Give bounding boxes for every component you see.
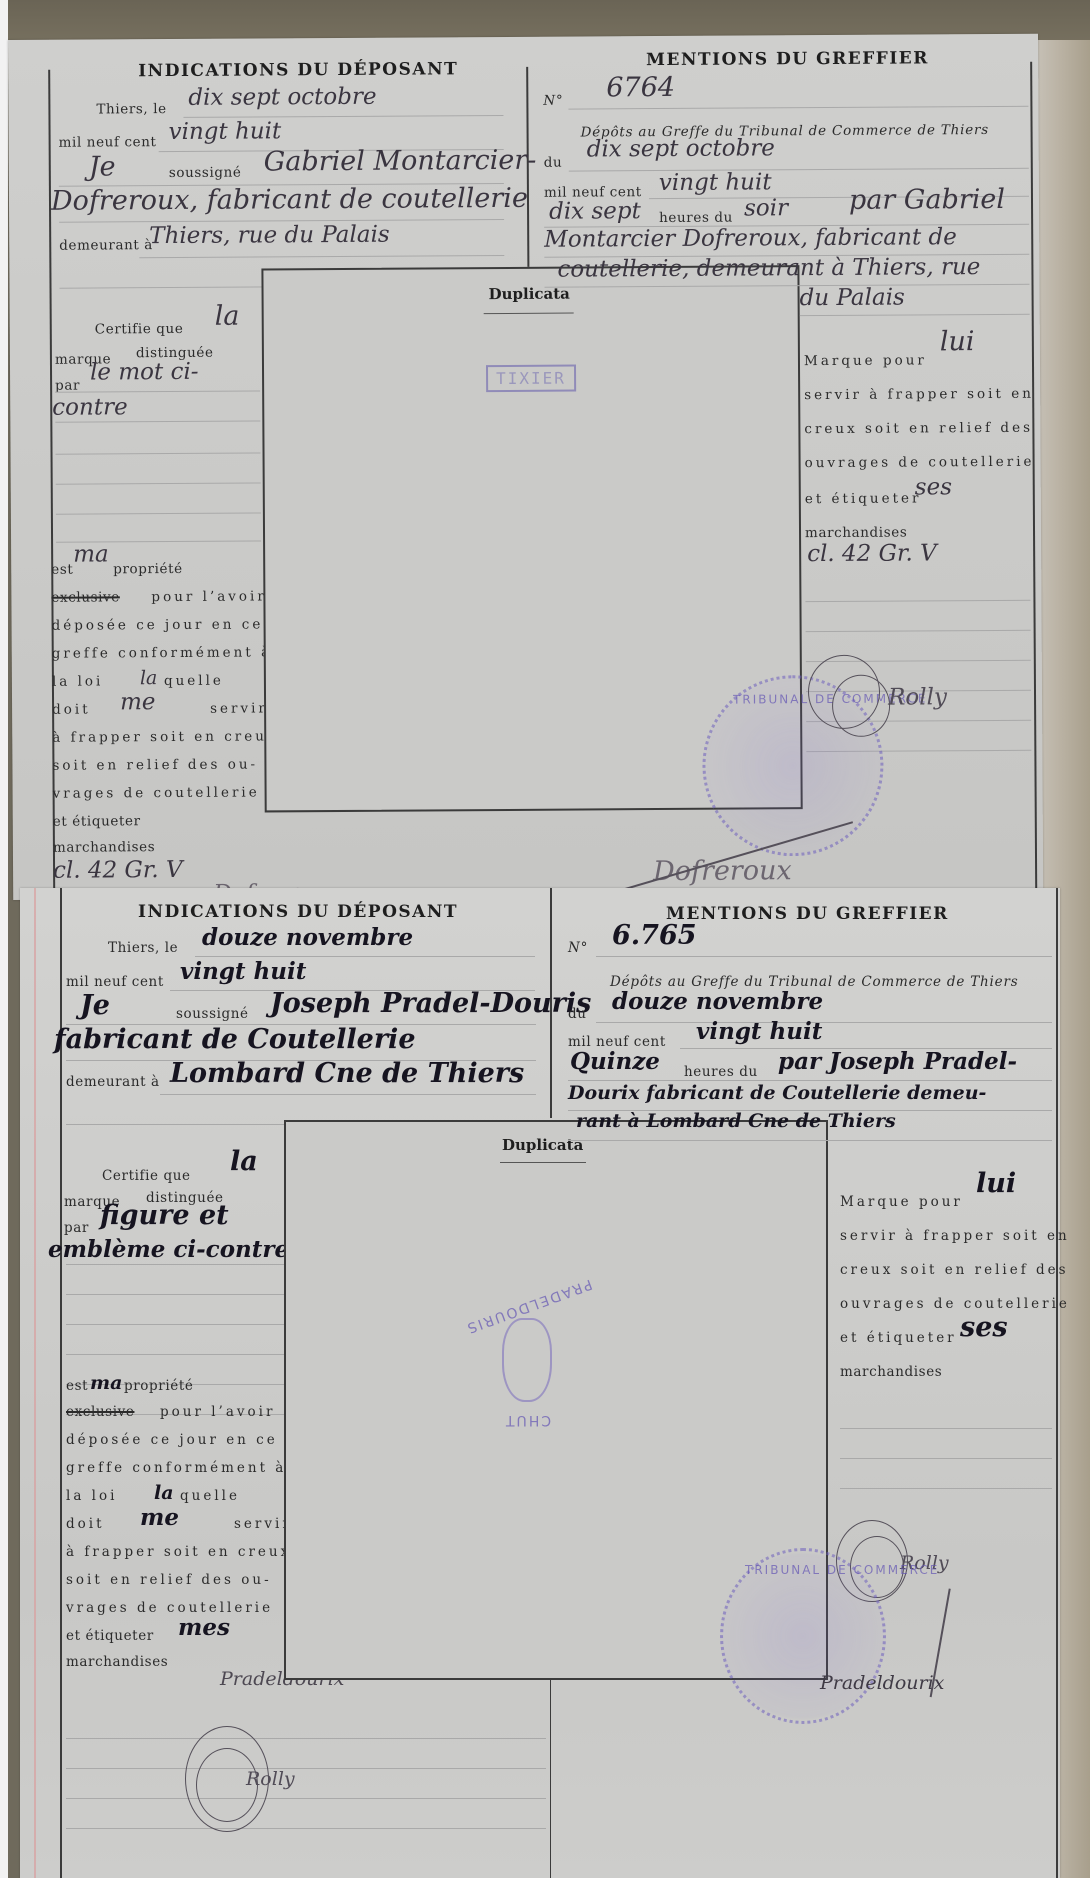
marque-pour-label: Marque pour — [840, 1194, 963, 1210]
relief-label: soit en relief des ou- — [52, 756, 258, 773]
du-label: du — [568, 1006, 587, 1022]
numero-label: N° — [543, 93, 563, 109]
demeurant-label: demeurant à — [66, 1074, 160, 1090]
fill-line — [66, 1738, 546, 1739]
certifie-que-label: Certifie que — [102, 1168, 191, 1184]
fill-line — [569, 168, 1029, 172]
class-handwritten: cl. 42 Gr. V — [53, 857, 183, 884]
deposit-date-handwritten: dix sept octobre — [188, 84, 376, 111]
etiqueter-label: et étiqueter — [840, 1330, 957, 1346]
fill-line — [66, 1324, 296, 1325]
loi-la-handwritten: la — [140, 667, 158, 689]
right-border-line — [1056, 888, 1058, 1878]
fill-line — [66, 1828, 546, 1829]
marchandises-label: marchandises — [840, 1364, 942, 1380]
marchandises-label: marchandises — [53, 839, 155, 856]
address-handwritten: Lombard Cne de Thiers — [170, 1058, 524, 1089]
je-handwritten: Je — [80, 990, 110, 1021]
deposant-header: INDICATIONS DU DÉPOSANT — [138, 902, 458, 922]
marchandises-label: marchandises — [805, 525, 907, 542]
soussigne-label: soussigné — [169, 165, 242, 181]
time-of-day-handwritten: soir — [744, 195, 788, 221]
certifie-la-handwritten: la — [230, 1146, 258, 1177]
est-ma-handwritten: ma — [90, 1372, 122, 1394]
je-handwritten: Je — [89, 151, 116, 182]
title-underline — [500, 1162, 586, 1163]
depositor-profession-handwritten: fabricant de Coutellerie — [54, 1024, 416, 1055]
year-handwritten: vingt huit — [168, 118, 281, 145]
fill-line — [596, 1022, 1052, 1023]
right-border-line — [1030, 62, 1037, 894]
pour-lui-handwritten: lui — [940, 326, 975, 357]
creux-label: creux soit en relief des — [804, 420, 1033, 437]
greffier-signature: Rolly — [888, 684, 947, 710]
quelle-label: quelle — [180, 1488, 240, 1504]
fill-line — [568, 1140, 1052, 1141]
fill-line — [55, 420, 260, 422]
mil-neuf-cent-label: mil neuf cent — [66, 974, 164, 990]
par-name-handwritten: par Joseph Pradel- — [778, 1048, 1017, 1075]
thiers-le-label: Thiers, le — [96, 101, 166, 117]
vrages-label: vrages de coutellerie — [66, 1600, 273, 1616]
fill-line — [840, 1488, 1052, 1489]
relief-label: soit en relief des ou- — [66, 1572, 272, 1588]
title-underline — [484, 313, 574, 315]
ouvrages-label: ouvrages de coutellerie — [805, 454, 1035, 471]
photo-border-left — [0, 0, 8, 1878]
emblem-mark-stamp — [502, 1318, 552, 1402]
doit-me-handwritten: me — [120, 689, 156, 715]
frapper-label: à frapper soit en creux — [52, 728, 277, 745]
deposit-date-handwritten: douze novembre — [202, 924, 413, 951]
fill-line — [183, 115, 503, 118]
demeurant-label: demeurant à — [59, 237, 153, 254]
fill-line — [195, 956, 535, 957]
est-label: est — [51, 562, 73, 578]
depositor-name-handwritten: Gabriel Montarcier- — [264, 145, 537, 178]
thiers-le-label: Thiers, le — [108, 940, 178, 956]
mark-description-cont-handwritten: contre — [52, 394, 128, 420]
servir-label: servir — [210, 700, 268, 716]
fill-line — [66, 1294, 296, 1295]
soussigne-label: soussigné — [176, 1006, 249, 1022]
duplicata-title: Duplicata — [502, 1136, 583, 1154]
la-loi-label: la loi — [66, 1488, 117, 1504]
mil-neuf-cent-label: mil neuf cent — [59, 134, 157, 151]
fill-line — [56, 452, 261, 454]
fill-line — [805, 600, 1030, 602]
tixier-mark-stamp: TIXIER — [486, 365, 576, 393]
fill-line — [840, 1458, 1052, 1459]
doit-me-handwritten: me — [140, 1504, 179, 1531]
par-name-handwritten: par Gabriel — [849, 184, 1005, 216]
certifie-la-handwritten: la — [215, 301, 240, 332]
mark-description-cont-handwritten: emblème ci-contre — [48, 1236, 289, 1263]
hour-handwritten: Quinze — [570, 1048, 660, 1075]
greffier-text-line1: Dourix fabricant de Coutellerie demeu- — [568, 1082, 986, 1104]
fill-line — [56, 482, 261, 484]
chut-stamp-text: CHUT — [504, 1412, 551, 1428]
numero-label: N° — [568, 940, 588, 956]
red-margin-line — [34, 888, 36, 1878]
tribunal-seal-stamp: TRIBUNAL DE COMMERCE — [720, 1548, 886, 1724]
propriete-label: propriété — [124, 1378, 193, 1394]
etiqueter-ses-handwritten: ses — [960, 1312, 1008, 1343]
etiqueter-label: et étiqueter — [805, 490, 922, 507]
registration-form-6765: INDICATIONS DU DÉPOSANT Thiers, le douze… — [20, 888, 1060, 1878]
depositor-signature-greffier-side: Pradeldourix — [820, 1672, 944, 1694]
greffier-signature: Rolly — [246, 1768, 295, 1790]
fill-line — [806, 630, 1031, 632]
registration-year-handwritten: vingt huit — [659, 169, 772, 196]
marchandises-label: marchandises — [66, 1654, 168, 1670]
fill-line — [66, 1768, 546, 1769]
column-divider-top — [526, 67, 529, 297]
vrages-label: vrages de coutellerie — [53, 784, 260, 801]
fill-line — [66, 1264, 296, 1265]
greffe-label: greffe conformément à — [52, 644, 272, 661]
exclusive-struck-label: exclusive — [66, 1404, 134, 1420]
greffier-text-line2: rant à Lombard Cne de Thiers — [576, 1110, 896, 1132]
servir-label: servir à frapper soit en — [804, 386, 1034, 403]
greffier-signature-flourish — [832, 675, 890, 737]
fill-line — [160, 1094, 536, 1095]
depositor-profession-handwritten: Dofreroux, fabricant de coutellerie — [51, 183, 528, 217]
registration-form-6764: INDICATIONS DU DÉPOSANT Thiers, le dix s… — [8, 34, 1043, 900]
greffier-text-line3: du Palais — [800, 285, 905, 312]
frapper-label: à frapper soit en creux — [66, 1544, 291, 1560]
par-label: par — [64, 1220, 89, 1236]
fill-line — [56, 512, 261, 514]
fill-line — [800, 314, 1030, 316]
etiqueter-label: et étiqueter — [53, 813, 141, 830]
column-divider-bottom — [550, 1674, 551, 1878]
fill-line — [66, 1354, 296, 1355]
etiqueter-mes-handwritten: mes — [178, 1614, 230, 1641]
registration-date-handwritten: dix sept octobre — [587, 135, 775, 162]
greffier-text-line1: Montarcier Dofreroux, fabricant de — [544, 224, 957, 253]
address-handwritten: Thiers, rue du Palais — [149, 222, 390, 249]
creux-label: creux soit en relief des — [840, 1262, 1069, 1278]
depositor-name-handwritten: Joseph Pradel-Douris — [270, 988, 591, 1019]
hour-handwritten: dix sept — [549, 198, 641, 225]
deposant-header: INDICATIONS DU DÉPOSANT — [138, 59, 458, 81]
year-handwritten: vingt huit — [180, 958, 306, 985]
fill-line — [840, 1428, 1052, 1429]
mark-description-handwritten: figure et — [100, 1200, 229, 1231]
fill-line — [568, 1080, 1052, 1081]
est-ma-handwritten: ma — [73, 541, 109, 567]
loi-la-handwritten: la — [154, 1482, 174, 1504]
fill-line — [66, 1798, 546, 1799]
fill-line — [55, 390, 260, 392]
deposee-label: déposée ce jour en ce — [66, 1432, 278, 1448]
etiqueter-label: et étiqueter — [66, 1628, 154, 1644]
doit-label: doit — [52, 702, 91, 718]
ouvrages-label: ouvrages de coutellerie — [840, 1296, 1070, 1312]
fill-line — [596, 956, 1052, 957]
fill-line — [139, 255, 504, 258]
deposee-label: déposée ce jour en ce — [52, 616, 264, 633]
greffe-label: greffe conformément à — [66, 1460, 286, 1476]
heures-du-label: heures du — [684, 1064, 758, 1080]
heures-du-label: heures du — [659, 210, 733, 226]
class-handwritten: cl. 42 Gr. V — [807, 540, 937, 567]
du-label: du — [544, 155, 563, 171]
est-label: est — [66, 1378, 88, 1394]
doit-label: doit — [66, 1516, 105, 1532]
servir-label: servir à frapper soit en — [840, 1228, 1070, 1244]
registration-number-handwritten: 6764 — [606, 72, 675, 103]
pour-lavoir-label: pour l’avoir — [160, 1404, 275, 1420]
la-loi-label: la loi — [52, 673, 104, 689]
registration-year-handwritten: vingt huit — [696, 1018, 822, 1045]
quelle-label: quelle — [164, 673, 224, 689]
exclusive-struck-label: exclusive — [51, 589, 120, 605]
etiqueter-ses-handwritten: ses — [915, 474, 952, 500]
greffier-header: MENTIONS DU GREFFIER — [666, 904, 949, 924]
registration-date-handwritten: douze novembre — [612, 988, 823, 1015]
propriete-label: propriété — [113, 561, 183, 577]
greffier-header: MENTIONS DU GREFFIER — [646, 48, 929, 70]
mark-description-handwritten: le mot ci- — [90, 359, 199, 386]
fill-line — [568, 106, 1028, 110]
certifie-que-label: Certifie que — [95, 321, 184, 338]
marque-pour-label: Marque pour — [804, 352, 927, 369]
greffier-text-line2: coutellerie, demeurant à Thiers, rue — [557, 254, 980, 283]
registration-number-handwritten: 6.765 — [612, 920, 697, 951]
pour-lui-handwritten: lui — [976, 1168, 1016, 1199]
pour-lavoir-label: pour l’avoir — [151, 588, 267, 605]
